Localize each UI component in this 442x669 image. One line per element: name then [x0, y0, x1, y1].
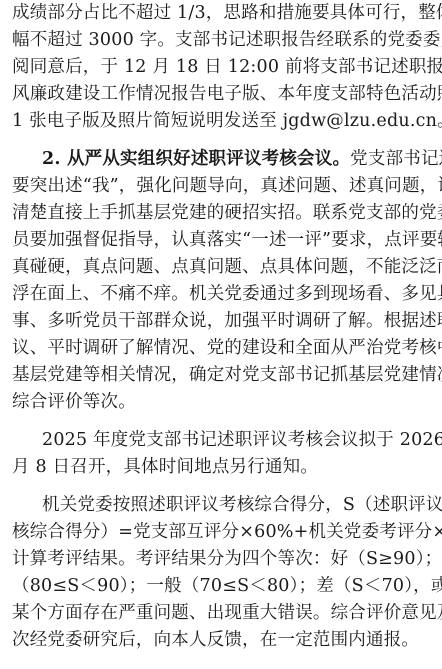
- line-text: 1 张电子版及照片简短说明发送至 jgdw@lzu.edu.cn。: [12, 111, 442, 131]
- line-text: 事、多听党员干部群众说，加强平时调研了解。根据述职评: [12, 311, 442, 331]
- line-text: （80≤S＜90）；一般（70≤S＜80）；差（S＜70），或者在: [12, 576, 442, 596]
- line-text: 核综合得分）=党支部互评分×60%+机关党委考评分×40%，: [12, 522, 442, 542]
- text-line: 次经党委研究后，向本人反馈，在一定范围内通报。: [12, 627, 432, 654]
- text-line: 议、平时调研了解情况、党的建设和全面从严治党考核中的: [12, 335, 432, 362]
- text-line: 成绩部分占比不超过 1/3，思路和措施要具体可行，整体篇: [12, 0, 432, 27]
- text-line: 机关党委按照述职评议考核综合得分，S（述职评议考: [42, 492, 432, 519]
- line-text: 清楚直接上手抓基层党建的硬招实招。联系党支部的党委委: [12, 203, 442, 223]
- line-text: 风廉政建设工作情况报告电子版、本年度支部特色活动照片: [12, 84, 442, 104]
- line-text: 月 8 日召开，具体时间地点另行通知。: [12, 457, 318, 477]
- text-line: 阅同意后，于 12 月 18 日 12:00 前将支部书记述职报告、党: [12, 54, 432, 81]
- text-line: 员要加强督促指导，认真落实“一述一评”要求，点评要较: [12, 227, 432, 254]
- text-line: 某个方面存在严重问题、出现重大错误。综合评价意见及等: [12, 600, 432, 627]
- text-line: （80≤S＜90）；一般（70≤S＜80）；差（S＜70），或者在: [12, 573, 432, 600]
- line-text: 某个方面存在严重问题、出现重大错误。综合评价意见及等: [12, 603, 442, 623]
- line-text: 真碰硬，真点问题、点真问题、点具体问题，不能泛泛而谈、: [12, 257, 442, 277]
- line-text: 员要加强督促指导，认真落实“一述一评”要求，点评要较: [12, 230, 442, 250]
- line-text: 党支部书记述职: [350, 149, 442, 169]
- text-line: 2025 年度党支部书记述职评议考核会议拟于 2026 年 1: [42, 427, 432, 454]
- text-line: 幅不超过 3000 字。支部书记述职报告经联系的党委委员审: [12, 27, 432, 54]
- text-line: 事、多听党员干部群众说，加强平时调研了解。根据述职评: [12, 308, 432, 335]
- line-text: 次经党委研究后，向本人反馈，在一定范围内通报。: [12, 630, 419, 650]
- text-line: 基层党建等相关情况，确定对党支部书记抓基层党建情况的: [12, 362, 432, 389]
- text-line: 要突出述“我”，强化问题导向，真述问题、述真问题，讲: [12, 173, 432, 200]
- line-text: 幅不超过 3000 字。支部书记述职报告经联系的党委委员审: [12, 30, 442, 50]
- line-text: 浮在面上、不痛不痒。机关党委通过多到现场看、多见具体: [12, 284, 442, 304]
- text-line: 真碰硬，真点问题、点真问题、点具体问题，不能泛泛而谈、: [12, 254, 432, 281]
- text-line: 清楚直接上手抓基层党建的硬招实招。联系党支部的党委委: [12, 200, 432, 227]
- text-line: 1 张电子版及照片简短说明发送至 jgdw@lzu.edu.cn。: [12, 108, 432, 135]
- text-line: 综合评价等次。: [12, 389, 432, 416]
- line-text: 2025 年度党支部书记述职评议考核会议拟于 2026 年 1: [42, 430, 442, 450]
- document-page: 成绩部分占比不超过 1/3，思路和措施要具体可行，整体篇幅不超过 3000 字。…: [0, 0, 442, 669]
- text-line: 2. 从严从实组织好述职评议考核会议。党支部书记述职: [42, 146, 432, 173]
- text-line: 浮在面上、不痛不痒。机关党委通过多到现场看、多见具体: [12, 281, 432, 308]
- line-text: 阅同意后，于 12 月 18 日 12:00 前将支部书记述职报告、党: [12, 57, 442, 77]
- text-line: 核综合得分）=党支部互评分×60%+机关党委考评分×40%，: [12, 519, 432, 546]
- line-text: 议、平时调研了解情况、党的建设和全面从严治党考核中的: [12, 338, 442, 358]
- text-line: 计算考评结果。考评结果分为四个等次：好（S≥90）；较好: [12, 546, 432, 573]
- line-text: 成绩部分占比不超过 1/3，思路和措施要具体可行，整体篇: [12, 3, 442, 23]
- section-heading: 2. 从严从实组织好述职评议考核会议。: [42, 149, 350, 169]
- line-text: 要突出述“我”，强化问题导向，真述问题、述真问题，讲: [12, 176, 442, 196]
- line-text: 机关党委按照述职评议考核综合得分，S（述职评议考: [42, 495, 442, 515]
- text-line: 风廉政建设工作情况报告电子版、本年度支部特色活动照片: [12, 81, 432, 108]
- line-text: 综合评价等次。: [12, 392, 136, 412]
- line-text: 计算考评结果。考评结果分为四个等次：好（S≥90）；较好: [12, 549, 442, 569]
- text-line: 月 8 日召开，具体时间地点另行通知。: [12, 454, 432, 481]
- line-text: 基层党建等相关情况，确定对党支部书记抓基层党建情况的: [12, 365, 442, 385]
